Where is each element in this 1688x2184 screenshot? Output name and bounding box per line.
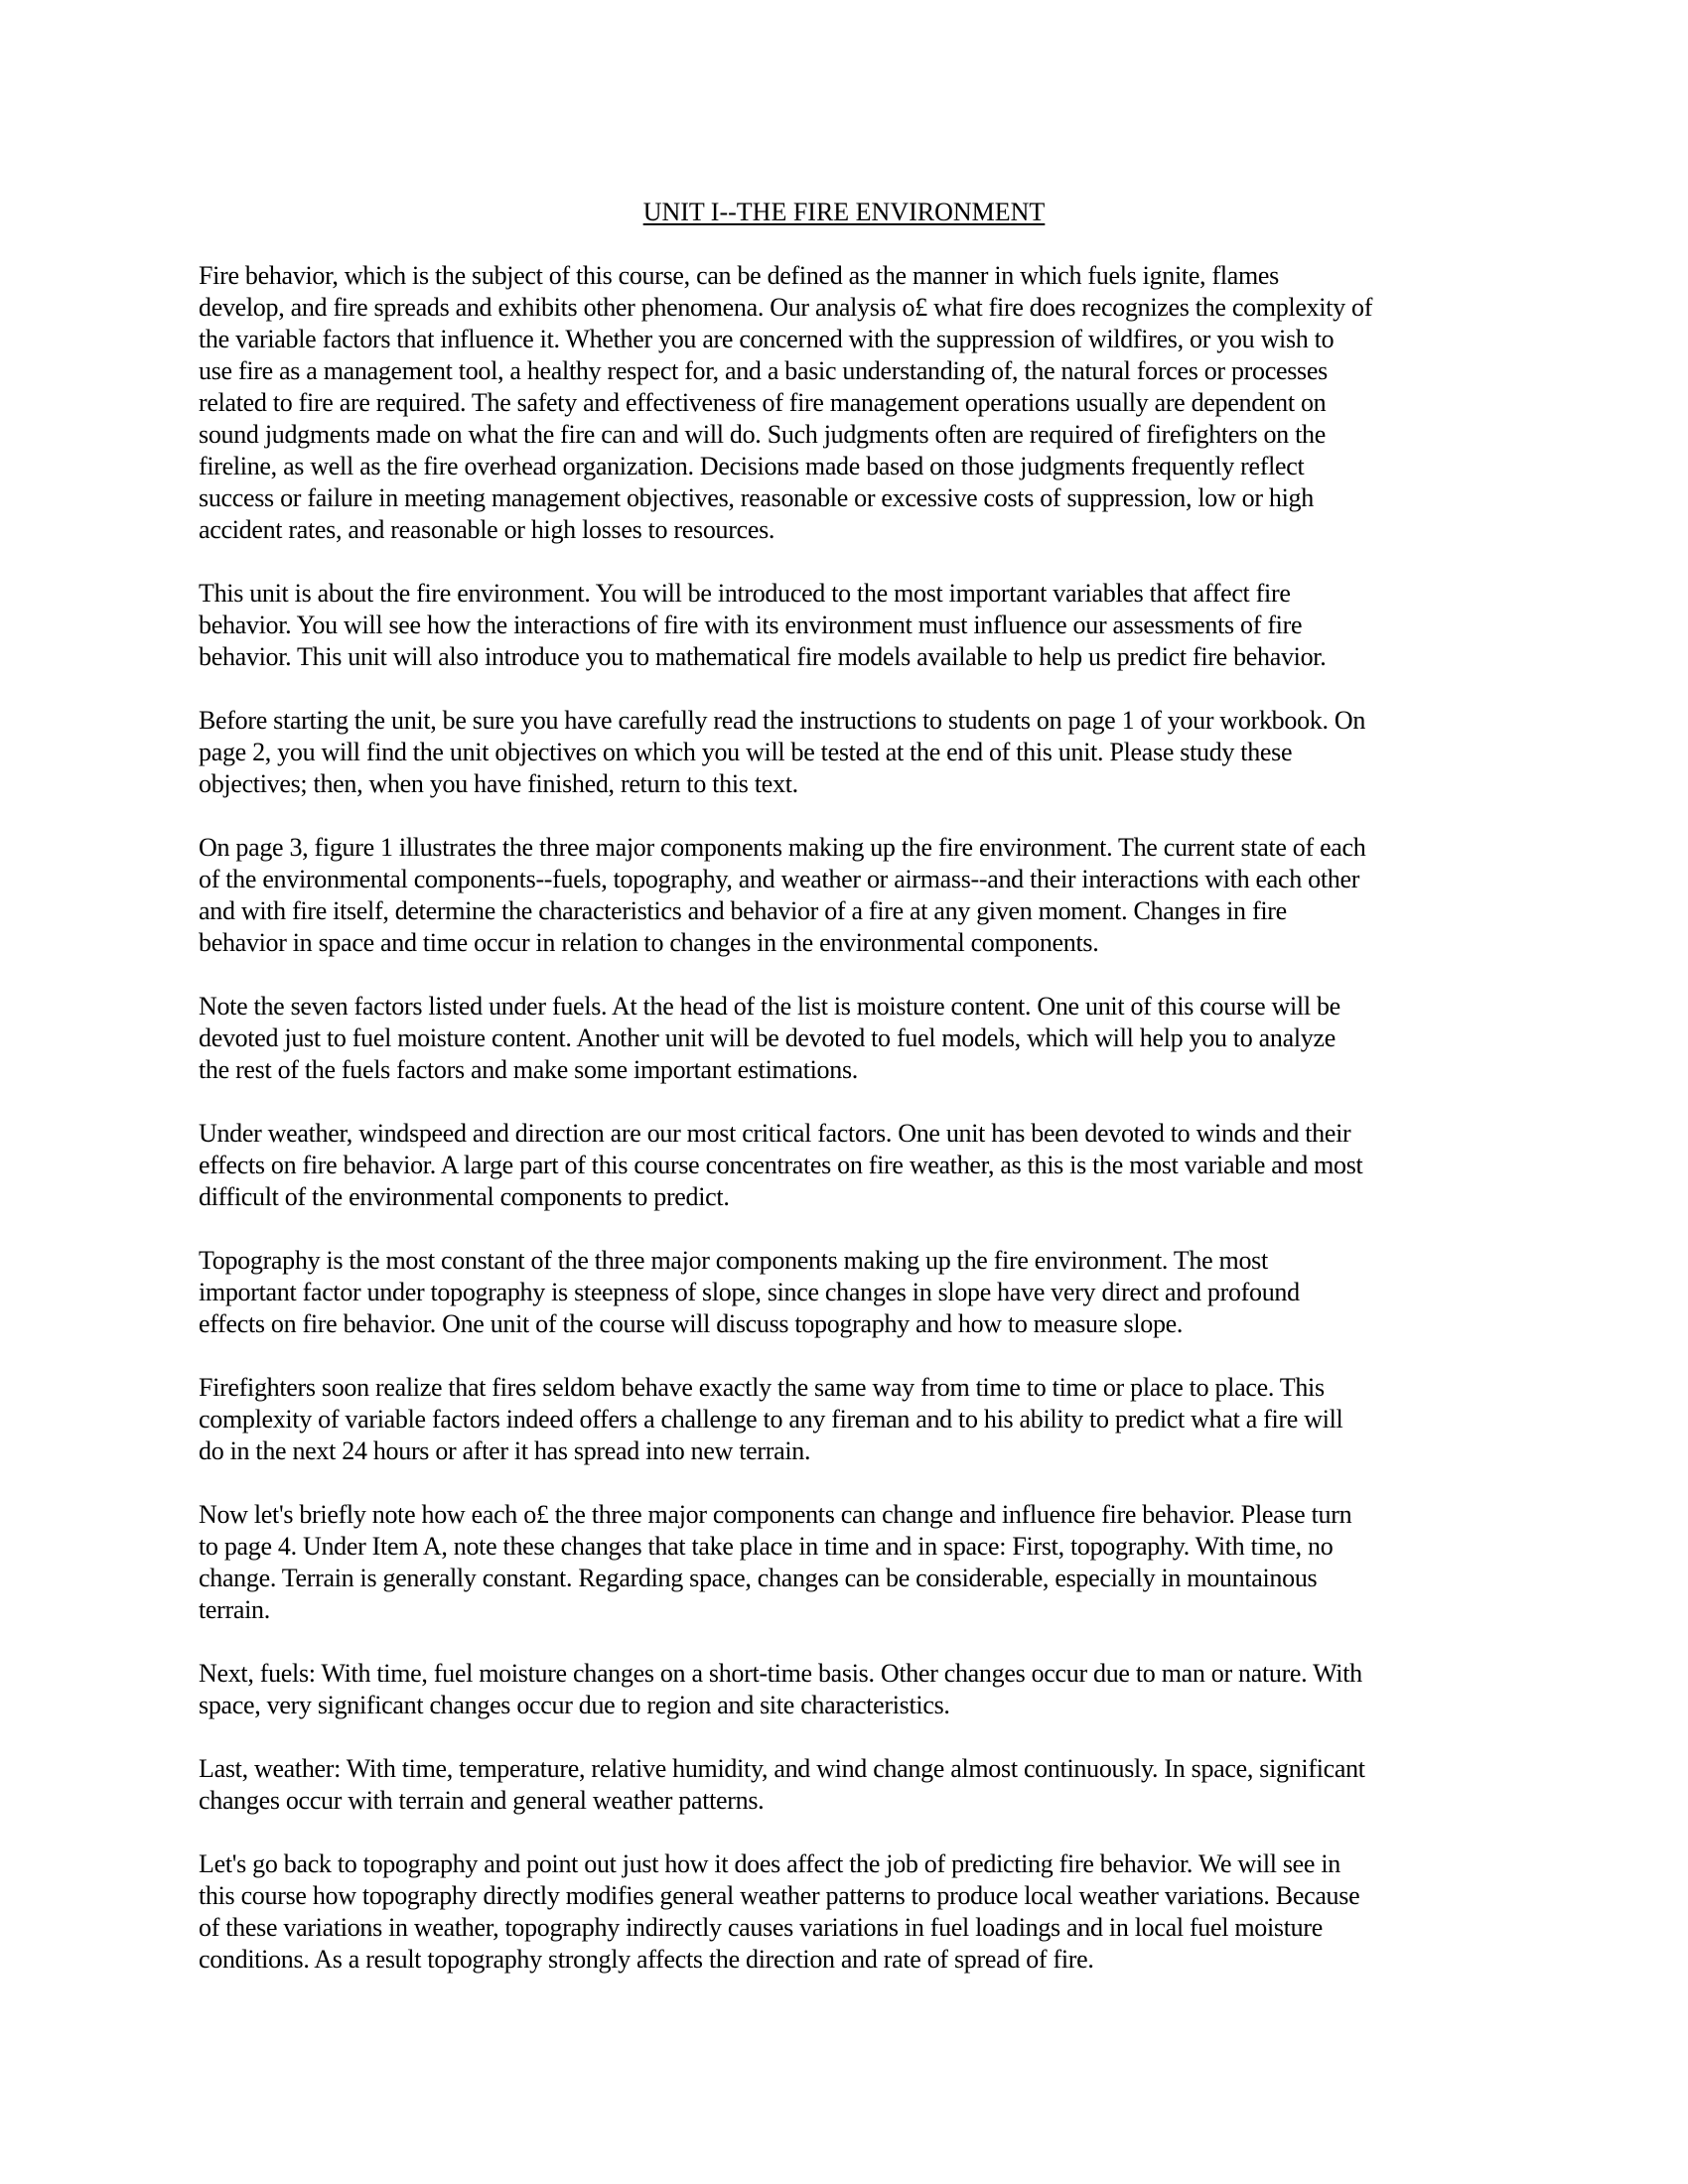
paragraph-topography: Topography is the most constant of the t… (199, 1245, 1509, 1340)
text-line: effects on fire behavior. A large part o… (199, 1150, 1509, 1181)
text-line: use fire as a management tool, a healthy… (199, 355, 1509, 387)
text-line: space, very significant changes occur du… (199, 1690, 1509, 1721)
text-line: Last, weather: With time, temperature, r… (199, 1753, 1509, 1785)
text-line: sound judgments made on what the fire ca… (199, 419, 1509, 451)
text-line: success or failure in meeting management… (199, 482, 1509, 514)
paragraph-instructions: Before starting the unit, be sure you ha… (199, 705, 1509, 800)
text-line: Next, fuels: With time, fuel moisture ch… (199, 1658, 1509, 1690)
text-line: important factor under topography is ste… (199, 1277, 1509, 1308)
text-line: Note the seven factors listed under fuel… (199, 991, 1509, 1023)
paragraph-next-fuels: Next, fuels: With time, fuel moisture ch… (199, 1658, 1509, 1721)
text-line: changes occur with terrain and general w… (199, 1785, 1509, 1817)
text-line: effects on fire behavior. One unit of th… (199, 1308, 1509, 1340)
text-line: to page 4. Under Item A, note these chan… (199, 1531, 1509, 1563)
text-line: complexity of variable factors indeed of… (199, 1404, 1509, 1435)
text-line: page 2, you will find the unit objective… (199, 737, 1509, 768)
paragraph-component-changes: Now let's briefly note how each o£ the t… (199, 1499, 1509, 1626)
text-line: this course how topography directly modi… (199, 1880, 1509, 1912)
text-line: terrain. (199, 1594, 1509, 1626)
text-line: develop, and fire spreads and exhibits o… (199, 292, 1509, 324)
text-line: behavior. You will see how the interacti… (199, 610, 1509, 641)
text-line: Before starting the unit, be sure you ha… (199, 705, 1509, 737)
text-line: of these variations in weather, topograp… (199, 1912, 1509, 1944)
text-line: and with fire itself, determine the char… (199, 895, 1509, 927)
text-line: behavior. This unit will also introduce … (199, 641, 1509, 673)
text-line: difficult of the environmental component… (199, 1181, 1509, 1213)
text-line: the rest of the fuels factors and make s… (199, 1054, 1509, 1086)
paragraph-topography-effects: Let's go back to topography and point ou… (199, 1848, 1509, 1976)
text-line: accident rates, and reasonable or high l… (199, 514, 1509, 546)
text-line: change. Terrain is generally constant. R… (199, 1563, 1509, 1594)
paragraph-figure-1: On page 3, figure 1 illustrates the thre… (199, 832, 1509, 959)
text-line: of the environmental components--fuels, … (199, 864, 1509, 895)
text-line: related to fire are required. The safety… (199, 387, 1509, 419)
text-line: do in the next 24 hours or after it has … (199, 1435, 1509, 1467)
paragraph-intro-fire-behavior: Fire behavior, which is the subject of t… (199, 260, 1509, 546)
text-line: Firefighters soon realize that fires sel… (199, 1372, 1509, 1404)
text-line: the variable factors that influence it. … (199, 324, 1509, 355)
text-line: Now let's briefly note how each o£ the t… (199, 1499, 1509, 1531)
text-line: objectives; then, when you have finished… (199, 768, 1509, 800)
text-line: Let's go back to topography and point ou… (199, 1848, 1509, 1880)
text-line: fireline, as well as the fire overhead o… (199, 451, 1509, 482)
text-line: Fire behavior, which is the subject of t… (199, 260, 1509, 292)
page-title-text: UNIT I--THE FIRE ENVIRONMENT (643, 198, 1046, 226)
paragraph-unit-overview: This unit is about the fire environment.… (199, 578, 1509, 673)
text-line: conditions. As a result topography stron… (199, 1944, 1509, 1976)
paragraph-firefighters: Firefighters soon realize that fires sel… (199, 1372, 1509, 1467)
paragraph-last-weather: Last, weather: With time, temperature, r… (199, 1753, 1509, 1817)
text-line: On page 3, figure 1 illustrates the thre… (199, 832, 1509, 864)
text-line: devoted just to fuel moisture content. A… (199, 1023, 1509, 1054)
document-page: UNIT I--THE FIRE ENVIRONMENT Fire behavi… (0, 0, 1688, 2184)
text-line: behavior in space and time occur in rela… (199, 927, 1509, 959)
text-line: Under weather, windspeed and direction a… (199, 1118, 1509, 1150)
paragraph-fuels: Note the seven factors listed under fuel… (199, 991, 1509, 1086)
paragraph-weather: Under weather, windspeed and direction a… (199, 1118, 1509, 1213)
document-body: Fire behavior, which is the subject of t… (199, 260, 1509, 2007)
page-title: UNIT I--THE FIRE ENVIRONMENT (0, 197, 1688, 228)
text-line: Topography is the most constant of the t… (199, 1245, 1509, 1277)
text-line: This unit is about the fire environment.… (199, 578, 1509, 610)
